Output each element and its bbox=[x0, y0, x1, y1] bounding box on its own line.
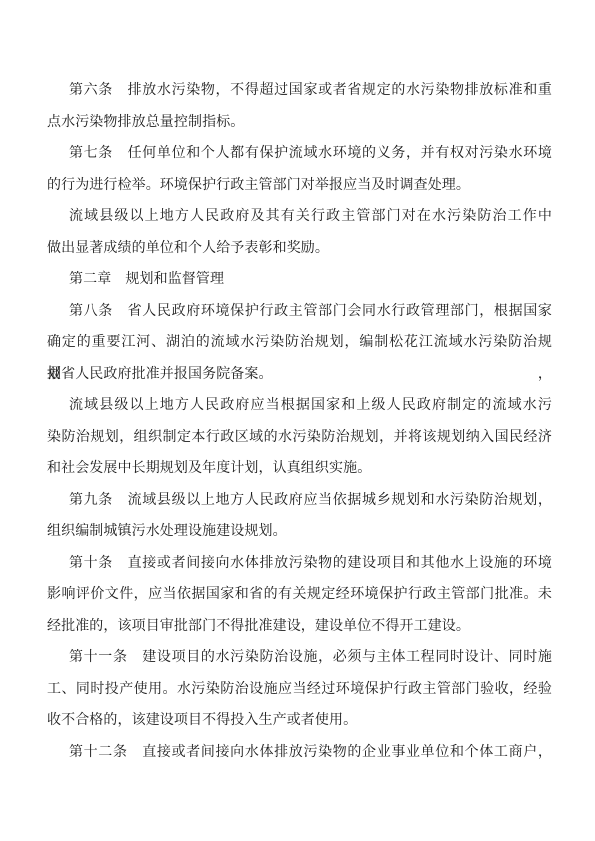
text-line: 和社会发展中长期规划及年度计划，认真组织实施。 bbox=[47, 453, 552, 485]
text-line: 组织编制城镇污水处理设施建设规划。 bbox=[47, 516, 552, 548]
text-line: 第十二条 直接或者间接向水体排放污染物的企业事业单位和个体工商户， bbox=[47, 737, 552, 769]
paragraph-article-10: 第十条 直接或者间接向水体排放污染物的建设项目和其他水上设施的环境影响评价文件，… bbox=[47, 548, 552, 643]
text-line: 的行为进行检举。环境保护行政主管部门对举报应当及时调查处理。 bbox=[47, 170, 552, 202]
text-line: 影响评价文件，应当依据国家和省的有关规定经环境保护行政主管部门批准。未 bbox=[47, 579, 552, 611]
text-line: 第二章 规划和监督管理 bbox=[47, 264, 552, 296]
paragraph-article-12: 第十二条 直接或者间接向水体排放污染物的企业事业单位和个体工商户， bbox=[47, 737, 552, 769]
text-line: 收不合格的，该建设项目不得投入生产或者使用。 bbox=[47, 705, 552, 737]
paragraph-article-7: 第七条 任何单位和个人都有保护流域水环境的义务，并有权对污染水环境的行为进行检举… bbox=[47, 138, 552, 201]
paragraph-article-9: 第九条 流域县级以上地方人民政府应当依据城乡规划和水污染防治规划，组织编制城镇污… bbox=[47, 485, 552, 548]
text-line: 第九条 流域县级以上地方人民政府应当依据城乡规划和水污染防治规划， bbox=[47, 485, 552, 517]
text-line: 工、同时投产使用。水污染防治设施应当经过环境保护行政主管部门验收，经验 bbox=[47, 674, 552, 706]
document-page: 第六条 排放水污染物，不得超过国家或者省规定的水污染物排放标准和重点水污染物排放… bbox=[0, 0, 595, 841]
paragraph-chapter-2-heading: 第二章 规划和监督管理 bbox=[47, 264, 552, 296]
text-line: 染防治规划，组织制定本行政区域的水污染防治规划，并将该规划纳入国民经济 bbox=[47, 422, 552, 454]
text-line: 第七条 任何单位和个人都有保护流域水环境的义务，并有权对污染水环境 bbox=[47, 138, 552, 170]
paragraph-article-8: 第八条 省人民政府环境保护行政主管部门会同水行政管理部门，根据国家确定的重要江河… bbox=[47, 296, 552, 391]
paragraph-article-6: 第六条 排放水污染物，不得超过国家或者省规定的水污染物排放标准和重点水污染物排放… bbox=[47, 75, 552, 138]
text-line: 确定的重要江河、湖泊的流域水污染防治规划，编制松花江流域水污染防治规划， bbox=[47, 327, 552, 359]
text-line: 第八条 省人民政府环境保护行政主管部门会同水行政管理部门，根据国家 bbox=[47, 296, 552, 328]
paragraph-reward-paragraph: 流域县级以上地方人民政府及其有关行政主管部门对在水污染防治工作中做出显著成绩的单… bbox=[47, 201, 552, 264]
text-line: 经批准的，该项目审批部门不得批准建设，建设单位不得开工建设。 bbox=[47, 611, 552, 643]
paragraph-article-11: 第十一条 建设项目的水污染防治设施，必须与主体工程同时设计、同时施工、同时投产使… bbox=[47, 642, 552, 737]
text-line: 第十条 直接或者间接向水体排放污染物的建设项目和其他水上设施的环境 bbox=[47, 548, 552, 580]
document-text-block: 第六条 排放水污染物，不得超过国家或者省规定的水污染物排放标准和重点水污染物排放… bbox=[47, 75, 552, 768]
text-line: 第十一条 建设项目的水污染防治设施，必须与主体工程同时设计、同时施 bbox=[47, 642, 552, 674]
text-line: 做出显著成绩的单位和个人给予表彰和奖励。 bbox=[47, 233, 552, 265]
text-line: 流域县级以上地方人民政府应当根据国家和上级人民政府制定的流域水污 bbox=[47, 390, 552, 422]
text-line: 点水污染物排放总量控制指标。 bbox=[47, 107, 552, 139]
text-line: 流域县级以上地方人民政府及其有关行政主管部门对在水污染防治工作中 bbox=[47, 201, 552, 233]
text-line: 第六条 排放水污染物，不得超过国家或者省规定的水污染物排放标准和重 bbox=[47, 75, 552, 107]
paragraph-local-plan-paragraph: 流域县级以上地方人民政府应当根据国家和上级人民政府制定的流域水污染防治规划，组织… bbox=[47, 390, 552, 485]
